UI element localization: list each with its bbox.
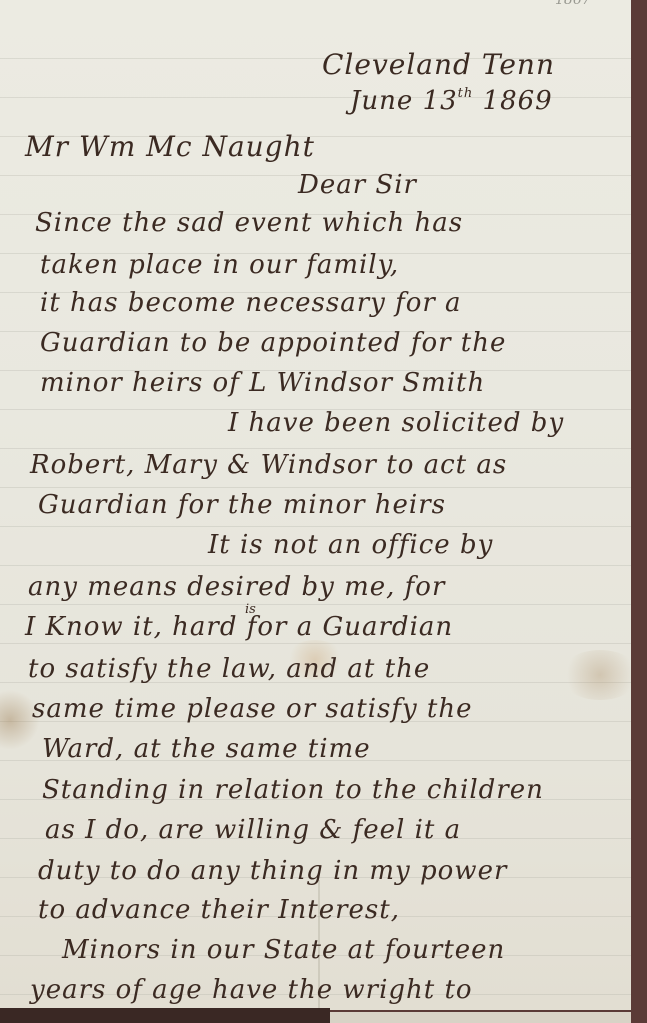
body-line: minor heirs of L Windsor Smith — [40, 368, 485, 398]
background-edge — [631, 0, 647, 1023]
body-line: to satisfy the law, and at the — [28, 654, 430, 684]
body-line: I have been solicited by — [228, 408, 564, 438]
body-line: Guardian to be appointed for the — [40, 328, 506, 358]
body-line: duty to do any thing in my power — [38, 856, 507, 886]
body-line: Since the sad event which has — [35, 208, 463, 238]
body-line: Guardian for the minor heirs — [38, 490, 446, 520]
date-line: June 13th 1869 — [350, 86, 553, 116]
date-ordinal: th — [458, 86, 474, 101]
body-line: taken place in our family, — [40, 250, 399, 280]
body-line: as I do, are willing & feel it a — [45, 815, 461, 845]
body-line: I Know it, hard for a Guardian — [25, 612, 453, 642]
addressee: Mr Wm Mc Naught — [25, 130, 315, 163]
letter-page: 1867 Cleveland Tenn June 13th 1869 Mr Wm… — [0, 0, 631, 1010]
body-line: to advance their Interest, — [38, 895, 400, 925]
corner-number: 1867 — [555, 0, 591, 8]
date-year: 1869 — [483, 86, 553, 116]
place-line: Cleveland Tenn — [322, 48, 555, 81]
body-line: any means desired by me, for — [28, 572, 445, 602]
salutation: Dear Sir — [298, 170, 417, 200]
body-line: it has become necessary for a — [40, 288, 462, 318]
stain — [560, 650, 631, 700]
body-line: It is not an office by — [208, 530, 493, 560]
body-line: Robert, Mary & Windsor to act as — [30, 450, 507, 480]
body-line: Minors in our State at fourteen — [62, 935, 505, 965]
date-month-day: June 13 — [350, 86, 458, 116]
body-line: Standing in relation to the children — [42, 775, 544, 805]
body-line: Ward, at the same time — [42, 734, 371, 764]
background-edge — [0, 1008, 330, 1023]
paper-edge — [330, 1012, 631, 1023]
body-line: years of age have the wright to — [30, 975, 473, 1005]
body-line: same time please or satisfy the — [32, 694, 473, 724]
